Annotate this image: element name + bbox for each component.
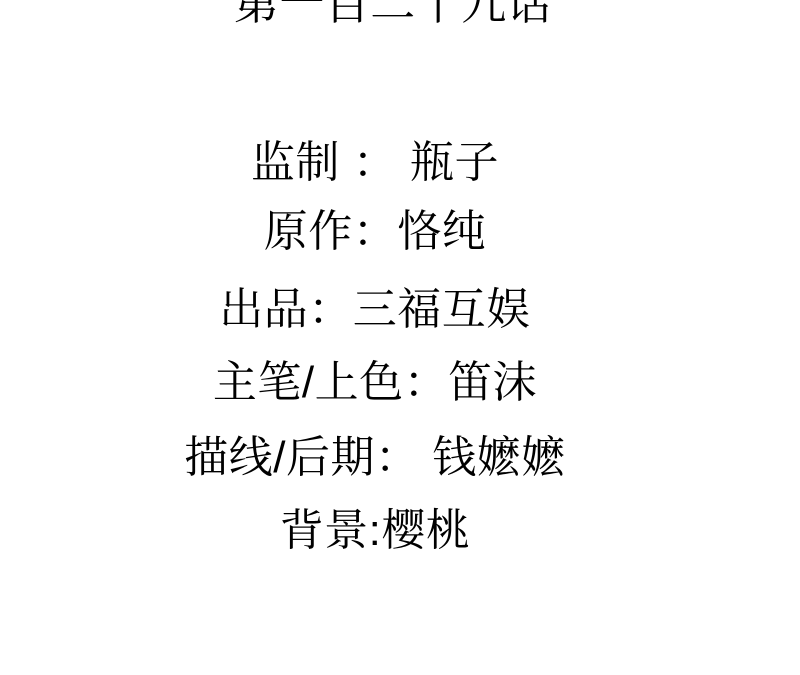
credit-line-lineart-post: 描线/后期： 钱嬷嬷 [0, 435, 775, 481]
credit-line-producer: 出品：三福互娱 [0, 287, 775, 333]
credit-line-supervisor: 监制 ： 瓶子 [0, 140, 775, 186]
credit-line-artist-colorist: 主笔/上色：笛沫 [0, 360, 775, 406]
credits-page: 第一百二十九话 监制 ： 瓶子 原作：恪纯 出品：三福互娱 主笔/上色：笛沫 描… [0, 0, 800, 675]
credit-line-original-author: 原作：恪纯 [0, 209, 775, 255]
credit-line-background-artist: 背景:樱桃 [0, 508, 775, 554]
chapter-title: 第一百二十九话 [0, 0, 793, 28]
